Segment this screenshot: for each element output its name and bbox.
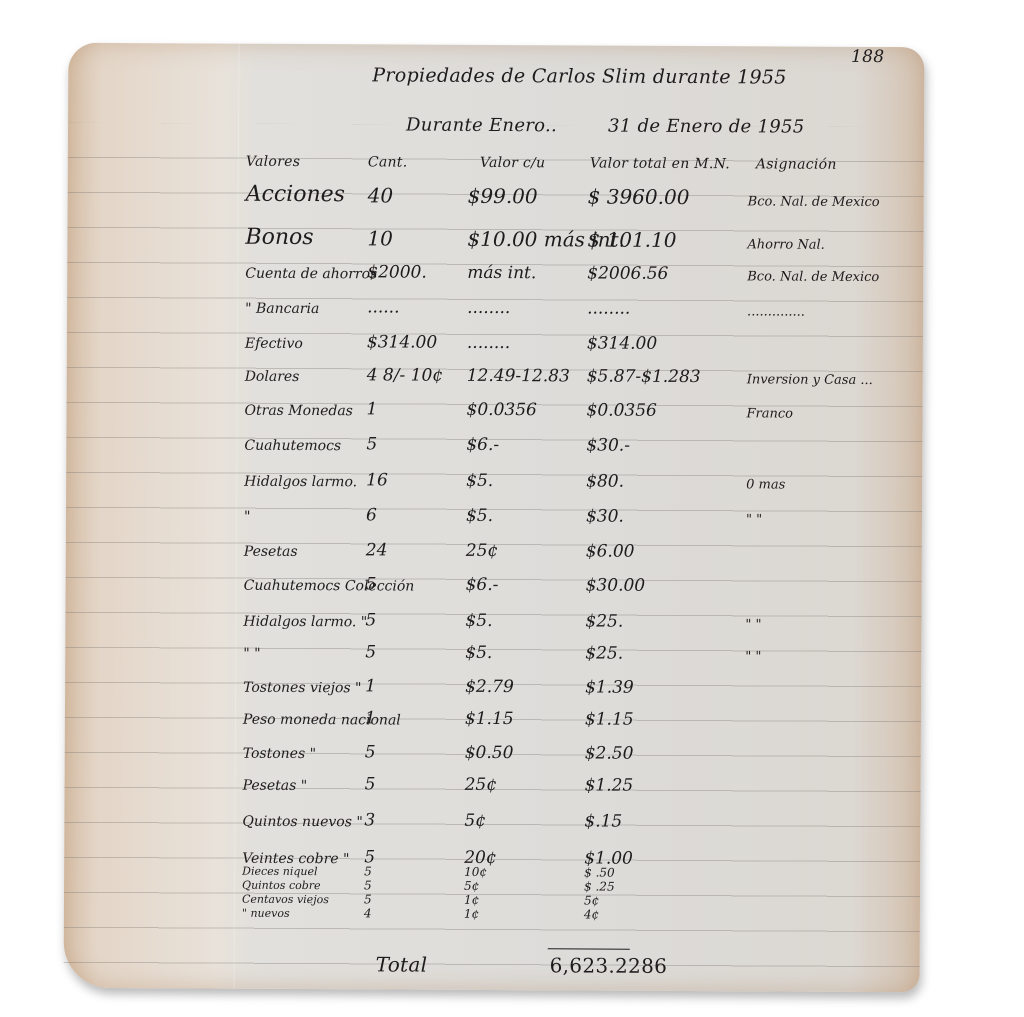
cell-quantity: 5 bbox=[365, 742, 376, 762]
cell-total-value: $314.00 bbox=[587, 333, 657, 353]
header-unit-value: Valor c/u bbox=[480, 155, 546, 171]
cell-assignment: " " bbox=[746, 512, 762, 527]
cell-item: Quintos nuevos " bbox=[242, 814, 363, 831]
cell-quantity: 1 bbox=[365, 708, 376, 728]
cell-unit-value: 1¢ bbox=[464, 907, 479, 921]
cell-unit-value: ........ bbox=[467, 333, 510, 353]
cell-assignment: Franco bbox=[747, 406, 794, 421]
ledger-row: Cuahutemocs5$6.-$30.- bbox=[66, 425, 922, 463]
cell-total-value: $25. bbox=[585, 643, 623, 663]
cell-assignment: Bco. Nal. de Mexico bbox=[748, 194, 880, 210]
cell-unit-value: $0.0356 bbox=[467, 400, 537, 420]
cell-item: Pesetas " bbox=[243, 778, 308, 794]
ledger-row: Pesetas2425¢$6.00 bbox=[66, 531, 922, 569]
cell-unit-value: 25¢ bbox=[466, 541, 499, 561]
cell-total-value: $ 101.10 bbox=[587, 227, 676, 251]
cell-item: Cuahutemocs Colección bbox=[244, 578, 415, 595]
cell-quantity: 10 bbox=[367, 226, 393, 250]
cell-quantity: 24 bbox=[366, 540, 388, 560]
cell-quantity: $2000. bbox=[367, 262, 427, 282]
cell-item: Otras Monedas bbox=[245, 403, 353, 420]
cell-unit-value: $0.50 bbox=[465, 743, 514, 763]
ledger-page: 188 Propiedades de Carlos Slim durante 1… bbox=[64, 43, 925, 992]
cell-item: Efectivo bbox=[245, 336, 303, 352]
period-label: Durante Enero.. bbox=[406, 115, 557, 137]
cell-quantity: 4 bbox=[364, 906, 372, 920]
cell-unit-value: $5. bbox=[465, 643, 492, 663]
cell-assignment: .............. bbox=[747, 304, 805, 319]
cell-assignment: " " bbox=[745, 649, 761, 664]
cell-total-value: ........ bbox=[587, 298, 630, 318]
page-title: Propiedades de Carlos Slim durante 1955 bbox=[372, 64, 787, 88]
ledger-row: Cuenta de ahorros$2000.más int.$2006.56B… bbox=[67, 253, 923, 291]
cell-item: Dolares bbox=[245, 369, 300, 385]
cell-unit-value: $2.79 bbox=[465, 677, 514, 697]
cell-total-value: $30.00 bbox=[586, 575, 646, 595]
cell-item: Tostones " bbox=[243, 746, 316, 762]
cell-assignment: Ahorro Nal. bbox=[747, 237, 824, 252]
cell-quantity: $314.00 bbox=[367, 332, 437, 352]
cell-item: " bbox=[244, 509, 251, 525]
cell-total-value: $30.- bbox=[586, 435, 630, 455]
total-label: Total bbox=[376, 952, 428, 976]
cell-quantity: ...... bbox=[367, 297, 400, 317]
cell-quantity: 5 bbox=[366, 434, 377, 454]
cell-total-value: $1.25 bbox=[585, 775, 634, 795]
cell-unit-value: $5. bbox=[465, 611, 492, 631]
cell-total-value: $5.87-$1.283 bbox=[587, 366, 701, 387]
cell-unit-value: $5. bbox=[466, 471, 493, 491]
cell-total-value: $30. bbox=[586, 506, 624, 526]
cell-quantity: 1 bbox=[365, 676, 376, 696]
ledger-row: Dolares4 8/- 10¢12.49-12.83$5.87-$1.283I… bbox=[67, 356, 923, 394]
cell-quantity: 5 bbox=[366, 574, 377, 594]
ledger-row: Cuahutemocs Colección5$6.-$30.00 bbox=[66, 565, 922, 603]
cell-unit-value: $99.00 bbox=[468, 184, 538, 208]
cell-item: Acciones bbox=[246, 182, 345, 208]
header-item: Valores bbox=[246, 154, 300, 170]
cell-quantity: 3 bbox=[364, 810, 375, 830]
cell-unit-value: ........ bbox=[467, 298, 510, 318]
ledger-row: Otras Monedas1$0.0356$0.0356Franco bbox=[66, 390, 922, 428]
header-total-value: Valor total en M.N. bbox=[590, 155, 730, 172]
header-quantity: Cant. bbox=[368, 154, 408, 170]
cell-assignment: Bco. Nal. de Mexico bbox=[747, 269, 879, 285]
cell-unit-value: más int. bbox=[467, 263, 536, 283]
cell-item: Peso moneda nacional bbox=[243, 712, 401, 729]
ledger-rows: Acciones40$99.00$ 3960.00Bco. Nal. de Me… bbox=[68, 43, 924, 47]
ledger-row: " Bancaria..............................… bbox=[67, 288, 923, 326]
ledger-row: " "5$5.$25." " bbox=[65, 633, 921, 671]
ledger-row: Pesetas "525¢$1.25 bbox=[65, 765, 921, 803]
cell-item: " " bbox=[243, 646, 260, 662]
cell-total-value: $0.0356 bbox=[587, 400, 657, 420]
header-assignment: Asignación bbox=[756, 156, 837, 172]
cell-total-value: $ 3960.00 bbox=[588, 184, 690, 209]
cell-quantity: 40 bbox=[368, 183, 394, 207]
cell-total-value: $.15 bbox=[584, 811, 622, 831]
cell-unit-value: 25¢ bbox=[465, 775, 498, 795]
cell-unit-value: $6.- bbox=[466, 435, 499, 455]
date-label: 31 de Enero de 1955 bbox=[608, 116, 805, 138]
cell-item: Hidalgos larmo. " bbox=[243, 614, 367, 631]
cell-quantity: 16 bbox=[366, 470, 388, 490]
ledger-row: Quintos nuevos "35¢$.15 bbox=[64, 801, 920, 839]
cell-total-value: $1.15 bbox=[585, 709, 634, 729]
page-number: 188 bbox=[851, 47, 884, 67]
cell-item: " nuevos bbox=[242, 907, 290, 920]
ledger-row: "6$5.$30." " bbox=[66, 496, 922, 534]
cell-total-value: $6.00 bbox=[586, 541, 635, 561]
cell-total-value: 4¢ bbox=[584, 907, 599, 921]
cell-total-value: $2.50 bbox=[585, 743, 634, 763]
cell-item: Bonos bbox=[245, 225, 313, 250]
cell-quantity: 5 bbox=[365, 642, 376, 662]
cell-unit-value: $6.- bbox=[466, 575, 499, 595]
cell-assignment: 0 mas bbox=[746, 477, 785, 492]
cell-unit-value: 12.49-12.83 bbox=[467, 366, 570, 387]
cell-item: " Bancaria bbox=[245, 301, 319, 317]
cell-item: Pesetas bbox=[244, 544, 298, 560]
cell-item: Cuenta de ahorros bbox=[245, 266, 377, 283]
cell-unit-value: 5¢ bbox=[464, 811, 486, 831]
cell-total-value: $80. bbox=[586, 471, 624, 491]
cell-total-value: $25. bbox=[585, 611, 623, 631]
cell-quantity: 1 bbox=[367, 399, 378, 419]
cell-total-value: $2006.56 bbox=[587, 263, 668, 283]
ledger-row: Acciones40$99.00$ 3960.00Bco. Nal. de Me… bbox=[68, 178, 924, 216]
cell-unit-value: $5. bbox=[466, 506, 493, 526]
cell-item: Cuahutemocs bbox=[244, 438, 341, 455]
total-value: 6,623.2286 bbox=[550, 953, 668, 978]
cell-unit-value: $1.15 bbox=[465, 709, 514, 729]
cell-quantity: 6 bbox=[366, 505, 377, 525]
cell-item: Tostones viejos " bbox=[243, 680, 361, 697]
cell-quantity: 5 bbox=[365, 610, 376, 630]
cell-total-value: $1.39 bbox=[585, 677, 634, 697]
cell-assignment: Inversion y Casa ... bbox=[747, 372, 873, 388]
cell-quantity: 4 8/- 10¢ bbox=[367, 365, 443, 385]
cell-assignment: " " bbox=[745, 617, 761, 632]
cell-quantity: 5 bbox=[365, 774, 376, 794]
cell-item: Hidalgos larmo. bbox=[244, 474, 357, 491]
ledger-row: Peso moneda nacional1$1.15$1.15 bbox=[65, 699, 921, 737]
ledger-row: Hidalgos larmo.16$5.$80.0 mas bbox=[66, 461, 922, 499]
